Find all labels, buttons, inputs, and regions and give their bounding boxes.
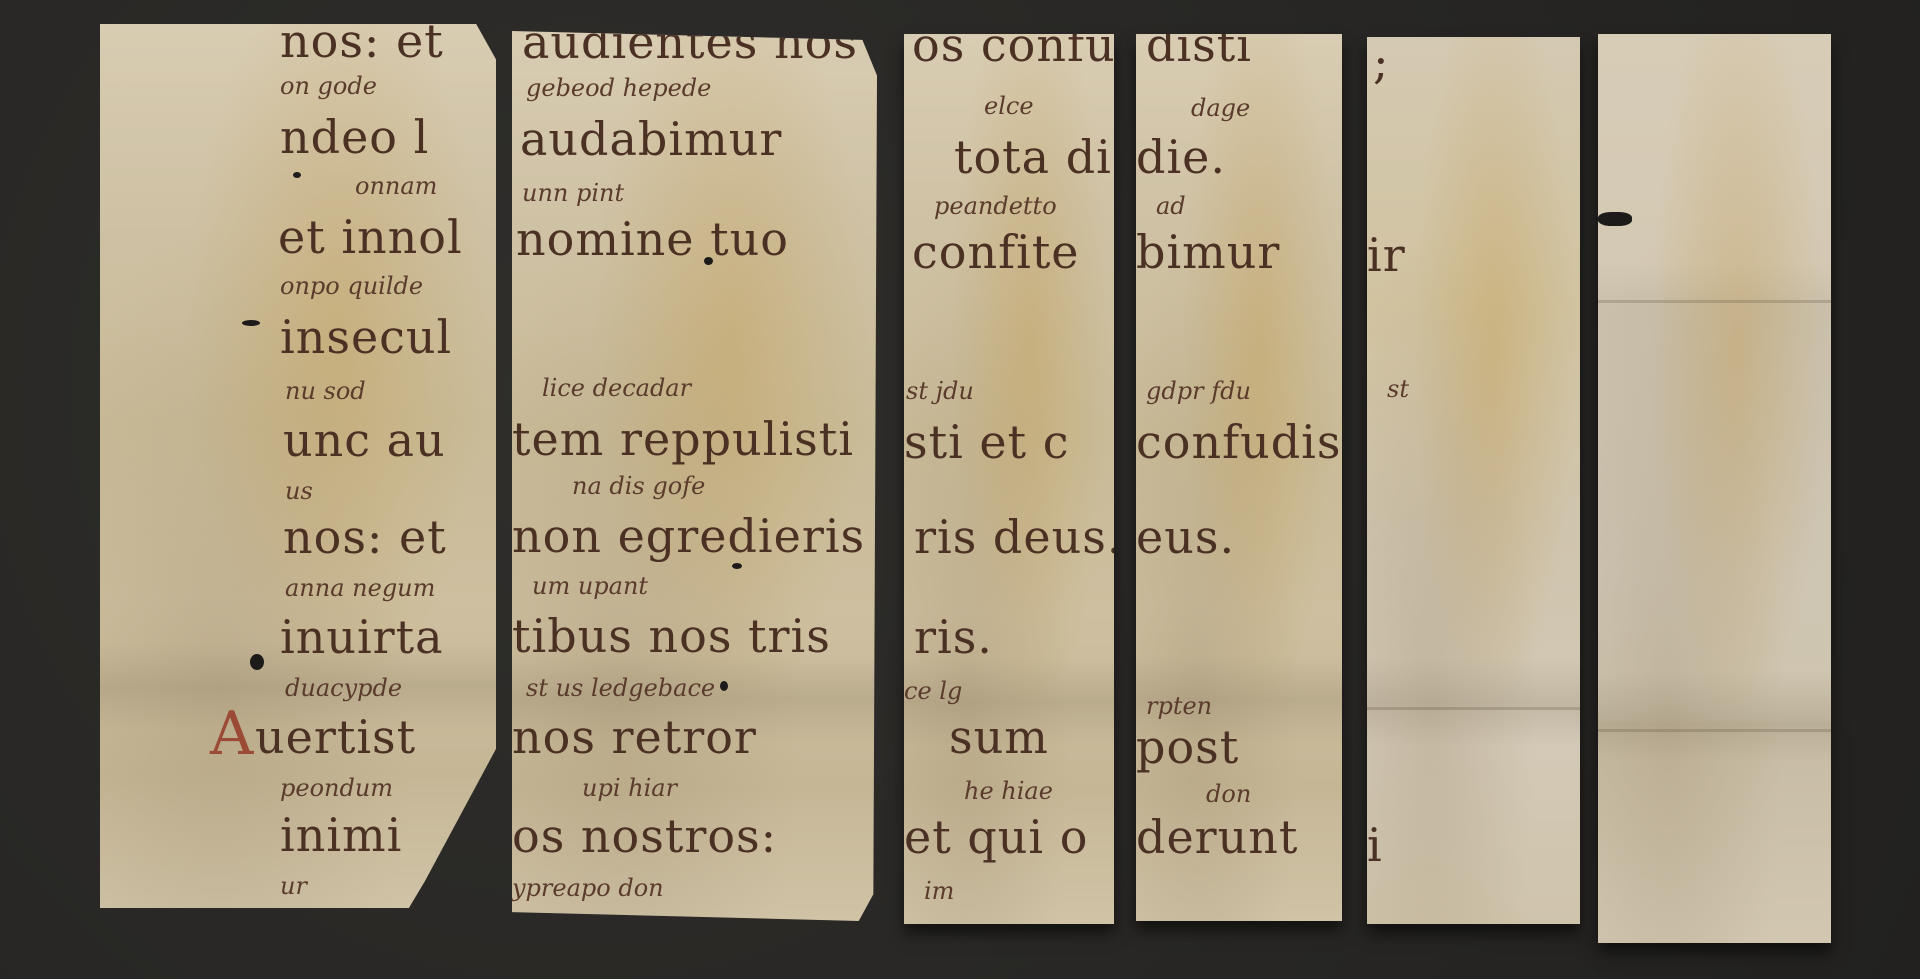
gloss-line: on gode: [280, 74, 377, 98]
text-line: derunt: [1136, 814, 1298, 860]
gloss-line: unn pint: [522, 181, 624, 205]
gloss-line: us: [285, 479, 313, 503]
text-line: post: [1136, 724, 1239, 770]
manuscript-fragment-2: audientes nos gebeod hepede audabimur un…: [512, 31, 877, 921]
text-line: et innol: [278, 214, 463, 260]
gloss-line: ce lg: [904, 679, 962, 703]
text-line: uertist: [255, 714, 416, 760]
text-line: eus.: [1136, 514, 1235, 560]
text-line: sum: [949, 714, 1049, 760]
text-line: nos retror: [512, 714, 757, 760]
gloss-line: lice decadar: [542, 376, 691, 400]
text-line: die.: [1136, 134, 1226, 180]
worm-hole: [250, 654, 264, 670]
text-line: sti et c: [904, 419, 1070, 465]
gloss-line: peondum: [280, 776, 393, 800]
worm-hole: [732, 563, 742, 569]
gloss-line: gebeod hepede: [526, 76, 711, 100]
text-line: tem reppulisti: [512, 416, 854, 462]
gloss-line: peandetto: [934, 194, 1057, 218]
gloss-line: ypreapo don: [512, 876, 664, 900]
text-line: ir: [1367, 232, 1406, 278]
text-line: unc au: [283, 417, 446, 463]
text-line: bimur: [1136, 229, 1280, 275]
gloss-line: onpo quilde: [280, 274, 423, 298]
text-line: ris.: [914, 614, 993, 660]
text-line: nos: et: [280, 24, 444, 64]
text-line: confite: [912, 229, 1080, 275]
gloss-line: duacypde: [285, 676, 402, 700]
gloss-line: rpten: [1146, 694, 1212, 718]
gloss-line: elce: [984, 94, 1034, 118]
fold-crease: [1598, 729, 1831, 732]
gloss-line: st jdu: [906, 379, 974, 403]
text-line: nos: et: [283, 514, 447, 560]
text-line: inuirta: [280, 614, 444, 660]
worm-hole: [242, 320, 260, 326]
gloss-line: st us ledgebace: [526, 676, 715, 700]
worm-hole: [293, 172, 301, 178]
text-line: nomine tuo: [516, 216, 789, 262]
text-line: os nostros:: [512, 813, 777, 859]
tear-notch: [1598, 212, 1632, 226]
manuscript-fragment-4: disti dage die. ad bimur gdpr fdu confud…: [1136, 34, 1342, 921]
fold-crease: [1367, 707, 1580, 710]
text-line: disti: [1146, 34, 1252, 68]
rubricated-initial: A: [210, 704, 253, 764]
gloss-line: gdpr fdu: [1146, 379, 1251, 403]
text-line: non egredieris: [512, 513, 865, 559]
fold-crease: [1598, 300, 1831, 303]
text-line: os confu: [912, 34, 1114, 68]
worm-hole: [720, 681, 728, 691]
text-line: tota die: [954, 134, 1114, 180]
manuscript-fragment-1: nos: et on gode ndeo l onnam et innol on…: [100, 24, 496, 908]
text-line: tibus nos tris: [512, 613, 831, 659]
gloss-line: im: [924, 879, 954, 903]
text-line: confudisti: [1136, 419, 1342, 465]
text-line: ndeo l: [280, 114, 429, 160]
gloss-line: upi hiar: [582, 776, 677, 800]
text-line: i: [1367, 822, 1383, 868]
gloss-line: dage: [1191, 96, 1250, 120]
worm-hole: [704, 257, 713, 265]
gloss-line: um upant: [532, 574, 648, 598]
gloss-line: st: [1387, 377, 1409, 401]
gloss-line: onnam: [355, 174, 437, 198]
text-line: insecul: [280, 314, 452, 360]
gloss-line: ad: [1156, 194, 1186, 218]
gloss-line: don: [1206, 782, 1251, 806]
manuscript-fragment-5: ; ir st i: [1367, 37, 1580, 924]
gloss-line: anna negum: [285, 576, 435, 600]
manuscript-fragment-3: os confu elce tota die peandetto confite…: [904, 34, 1114, 924]
text-line: inimi: [280, 812, 402, 858]
gloss-line: he hiae: [964, 779, 1053, 803]
manuscript-fragment-6: [1598, 34, 1831, 943]
text-line: ris deus.: [914, 514, 1114, 560]
gloss-line: nu sod: [285, 379, 366, 403]
text-line: audabimur: [520, 116, 782, 162]
text-line: et qui o: [904, 814, 1088, 860]
gloss-line: ur: [280, 874, 307, 898]
text-line: ;: [1373, 39, 1390, 85]
gloss-line: na dis gofe: [572, 474, 705, 498]
